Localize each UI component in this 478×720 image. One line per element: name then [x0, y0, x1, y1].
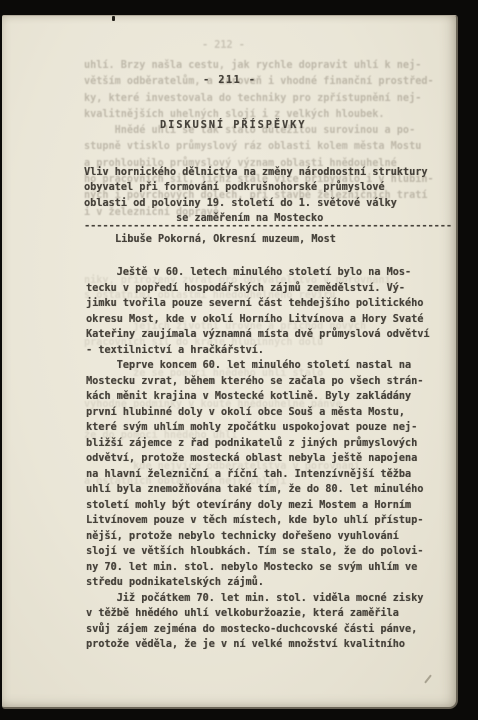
pen-mark [424, 674, 432, 683]
paper-title: Vliv hornického dělnictva na změny národ… [84, 165, 427, 227]
section-heading: DISKUSNÍ PŘÍSPĚVKY [160, 118, 306, 134]
scanned-page: - 212 - uhlí. Brzy našla cestu, jak rych… [2, 15, 458, 709]
ink-speck [112, 16, 115, 21]
page-number: - 211 - [203, 73, 256, 89]
scanned-book-photo: { "document": { "page_number": "- 211 -"… [0, 0, 478, 720]
body-text: Ještě v 60. letech minulého století bylo… [86, 265, 429, 653]
author-line: Libuše Pokorná, Okresní muzeum, Most [115, 232, 336, 248]
bleedthrough-page-number: - 212 - [202, 38, 245, 54]
